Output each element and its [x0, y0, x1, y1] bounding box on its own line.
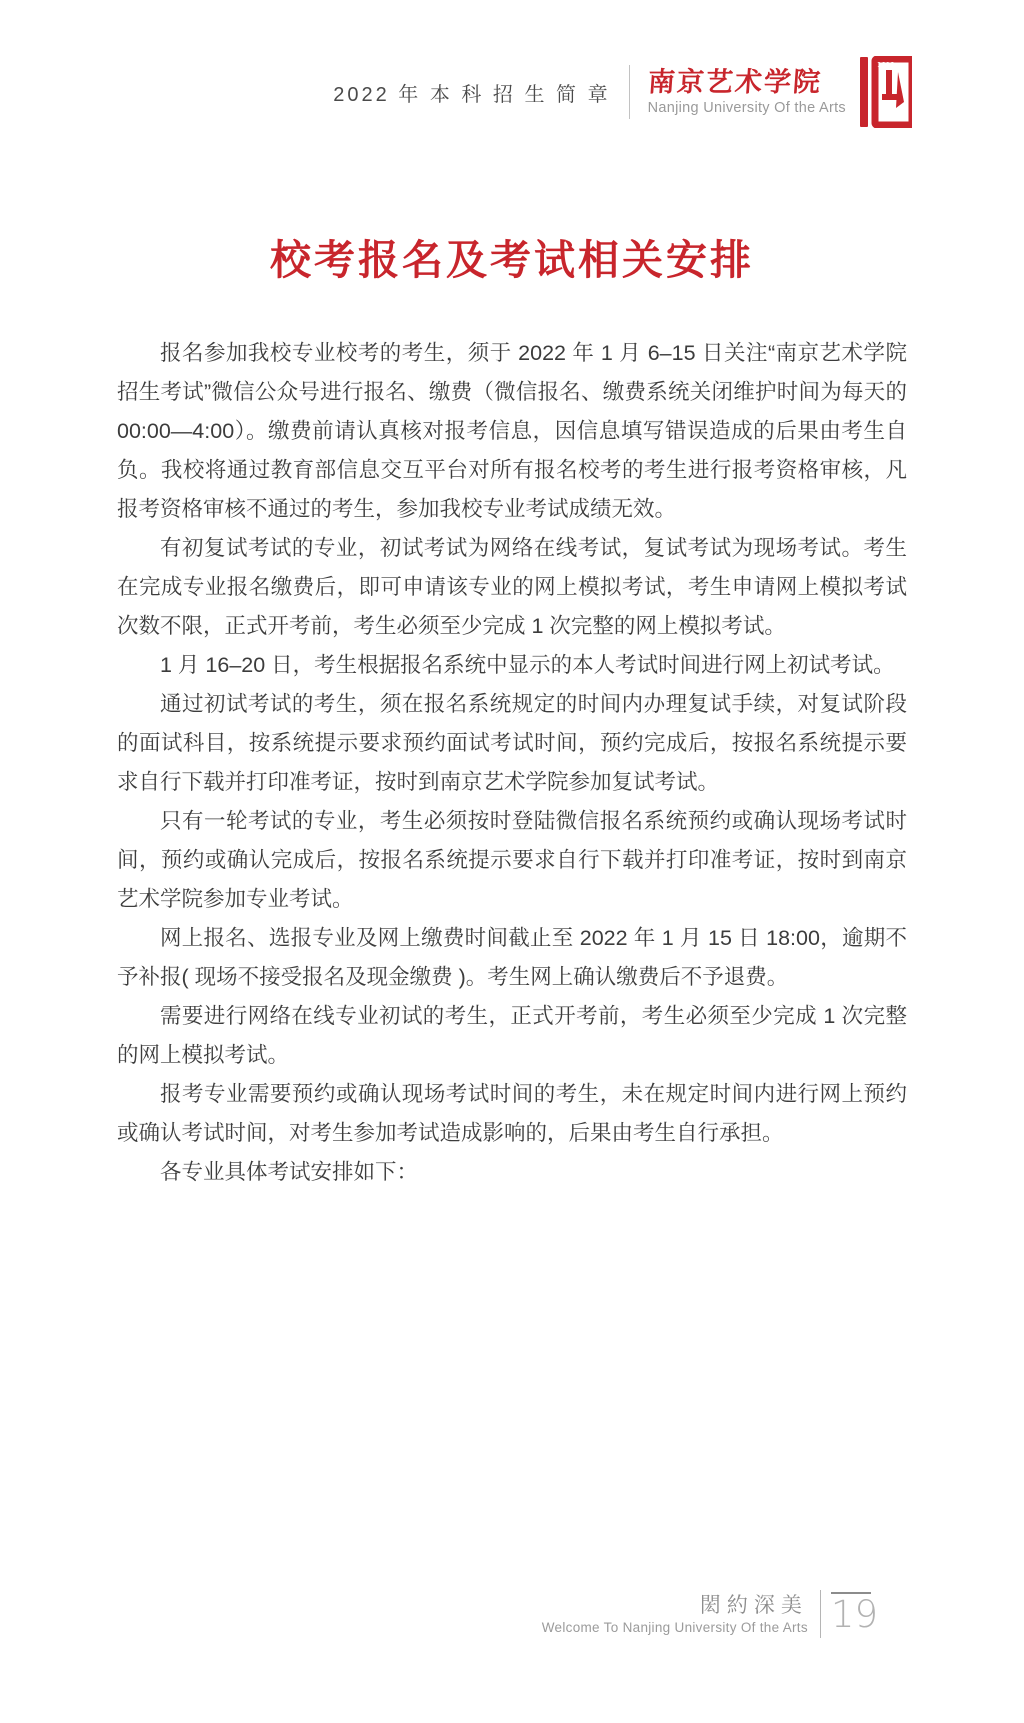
- page-header: 2022 年 本 科 招 生 简 章 南京艺术学院 Nanjing Univer…: [333, 56, 912, 128]
- paragraph-registration: 报名参加我校专业校考的考生，须于 2022 年 1 月 6–15 日关注“南京艺…: [117, 334, 907, 529]
- doc-title: 2022 年 本 科 招 生 简 章: [333, 78, 610, 107]
- paragraph-mock-exam: 需要进行网络在线专业初试的考生，正式开考前，考生必须至少完成 1 次完整的网上模…: [117, 997, 907, 1075]
- body-text: 报名参加我校专业校考的考生，须于 2022 年 1 月 6–15 日关注“南京艺…: [117, 334, 907, 1192]
- paragraph-reservation-responsibility: 报考专业需要预约或确认现场考试时间的考生，未在规定时间内进行网上预约或确认考试时…: [117, 1075, 907, 1153]
- page-number: 19: [831, 1595, 878, 1636]
- paragraph-exam-rounds: 有初复试考试的专业，初试考试为网络在线考试，复试考试为现场考试。考生在完成专业报…: [117, 529, 907, 646]
- header-divider: [629, 65, 630, 119]
- university-logo: 南京艺术学院 Nanjing University Of the Arts: [648, 68, 846, 116]
- seal-year-text: 1912: [877, 61, 895, 69]
- document-page: 2022 年 本 科 招 生 简 章 南京艺术学院 Nanjing Univer…: [0, 0, 1024, 1723]
- footer-welcome: Welcome To Nanjing University Of the Art…: [542, 1620, 808, 1635]
- page-title: 校考报名及考试相关安排: [0, 227, 1024, 286]
- page-number-block: 19: [831, 1592, 878, 1636]
- paragraph-schedule-intro: 各专业具体考试安排如下：: [117, 1153, 907, 1192]
- paragraph-single-round: 只有一轮考试的专业，考生必须按时登陆微信报名系统预约或确认现场考试时间，预约或确…: [117, 802, 907, 919]
- university-name-cn: 南京艺术学院: [647, 68, 847, 98]
- paragraph-retest-procedure: 通过初试考试的考生，须在报名系统规定的时间内办理复试手续，对复试阶段的面试科目，…: [117, 685, 907, 802]
- footer-divider: [820, 1590, 821, 1638]
- university-name-en: Nanjing University Of the Arts: [648, 100, 846, 116]
- paragraph-payment-deadline: 网上报名、选报专业及网上缴费时间截止至 2022 年 1 月 15 日 18:0…: [117, 919, 907, 997]
- footer-motto: 閎約深美: [542, 1593, 808, 1618]
- page-footer: 閎約深美 Welcome To Nanjing University Of th…: [542, 1590, 878, 1638]
- university-seal-icon: 1912: [860, 56, 912, 128]
- paragraph-preliminary-dates: 1 月 16–20 日，考生根据报名系统中显示的本人考试时间进行网上初试考试。: [117, 646, 907, 685]
- footer-text: 閎約深美 Welcome To Nanjing University Of th…: [542, 1593, 808, 1634]
